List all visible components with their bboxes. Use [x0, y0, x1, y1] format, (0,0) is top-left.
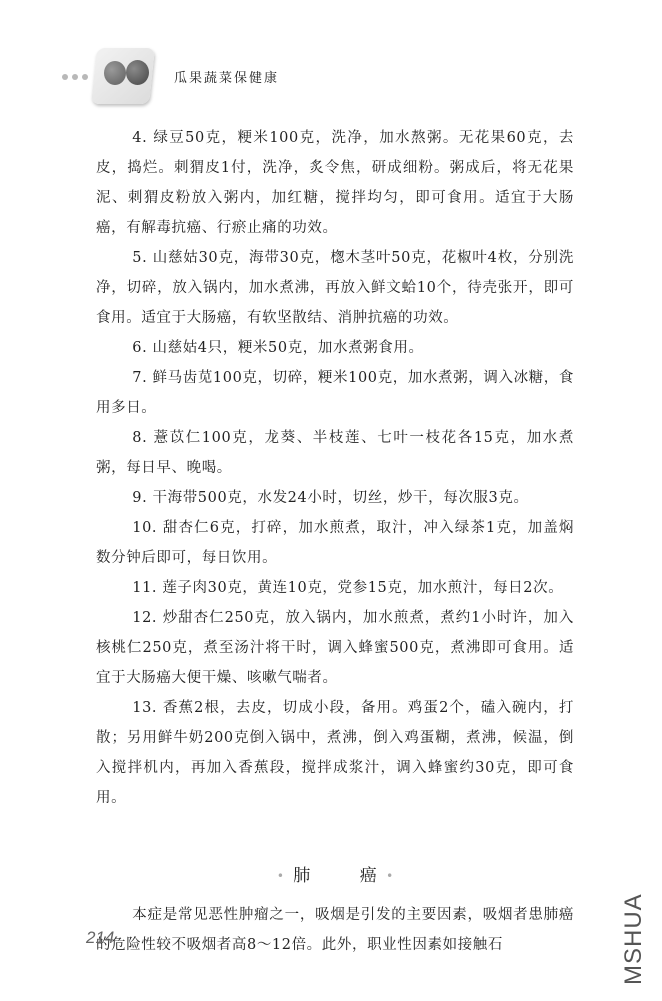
page-body: 4. 绿豆50克，粳米100克，洗净，加水熬粥。无花果60克，去皮，捣烂。刺猬皮… — [96, 123, 574, 960]
dot-icon — [62, 74, 68, 80]
recipe-item: 8. 薏苡仁100克，龙葵、半枝莲、七叶一枝花各15克，加水煮粥，每日早、晚喝。 — [96, 423, 574, 483]
fruit-icon — [104, 61, 126, 85]
recipe-item: 11. 莲子肉30克，黄连10克，党参15克，加水煎汁，每日2次。 — [96, 573, 574, 603]
recipe-item: 10. 甜杏仁6克，打碎，加水煎煮，取汁，冲入绿茶1克，加盖焖数分钟后即可，每日… — [96, 513, 574, 573]
section-intro: 本症是常见恶性肿瘤之一，吸烟是引发的主要因素，吸烟者患肺癌的危险性较不吸烟者高8… — [96, 900, 574, 960]
recipe-item: 5. 山慈姑30克，海带30克，楤木茎叶50克，花椒叶4枚，分别洗净，切碎，放入… — [96, 243, 574, 333]
recipe-item: 9. 干海带500克，水发24小时，切丝，炒干，每次服3克。 — [96, 483, 574, 513]
bullet-icon: • — [277, 869, 284, 883]
page-number: 214 — [86, 928, 114, 948]
section-title-char: 肺 — [293, 866, 310, 886]
dot-icon — [72, 74, 78, 80]
bullet-icon: • — [386, 869, 393, 883]
watermark: MSHUA — [620, 893, 648, 985]
recipe-item: 13. 香蕉2根，去皮，切成小段，备用。鸡蛋2个，磕入碗内，打散；另用鲜牛奶20… — [96, 693, 574, 813]
header-title: 瓜果蔬菜保健康 — [174, 67, 279, 86]
section-title-char: 癌 — [360, 866, 377, 886]
recipe-item: 7. 鲜马齿苋100克，切碎，粳米100克，加水煮粥，调入冰糖，食用多日。 — [96, 363, 574, 423]
recipe-item: 12. 炒甜杏仁250克，放入锅内，加水煎煮，煮约1小时许，加入核桃仁250克，… — [96, 603, 574, 693]
recipe-item: 4. 绿豆50克，粳米100克，洗净，加水熬粥。无花果60克，去皮，捣烂。刺猬皮… — [96, 123, 574, 243]
recipe-item: 6. 山慈姑4只，粳米50克，加水煮粥食用。 — [96, 333, 574, 363]
section-heading: • 肺 癌 • — [96, 861, 574, 886]
running-header: 瓜果蔬菜保健康 — [62, 48, 362, 108]
tomato-icon — [126, 60, 149, 85]
dot-icon — [82, 74, 88, 80]
decorative-dots — [62, 74, 88, 80]
